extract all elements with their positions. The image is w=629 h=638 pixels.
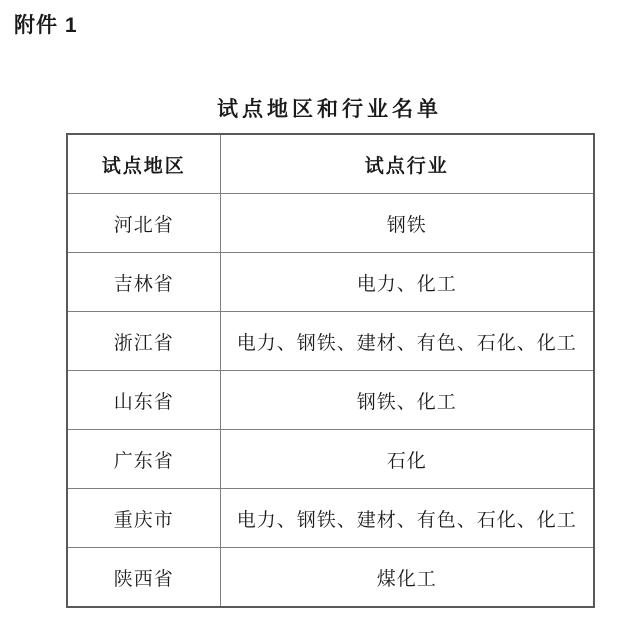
- header-region: 试点地区: [67, 134, 220, 194]
- region-cell: 山东省: [67, 371, 220, 430]
- region-cell: 吉林省: [67, 253, 220, 312]
- pilot-regions-table: 试点地区 试点行业 河北省 钢铁 吉林省 电力、化工 浙江省 电力、钢铁、建材、…: [66, 133, 595, 608]
- region-cell: 广东省: [67, 430, 220, 489]
- table-row: 重庆市 电力、钢铁、建材、有色、石化、化工: [67, 489, 594, 548]
- attachment-label: 附件 1: [14, 9, 78, 39]
- table-row: 吉林省 电力、化工: [67, 253, 594, 312]
- table-title: 试点地区和行业名单: [66, 93, 593, 123]
- industries-cell: 电力、钢铁、建材、有色、石化、化工: [220, 489, 594, 548]
- industries-cell: 石化: [220, 430, 594, 489]
- document-page: 附件 1 试点地区和行业名单 试点地区 试点行业 河北省 钢铁 吉林省 电力、化…: [0, 0, 629, 638]
- table-row: 河北省 钢铁: [67, 194, 594, 253]
- region-cell: 浙江省: [67, 312, 220, 371]
- industries-cell: 煤化工: [220, 548, 594, 608]
- region-cell: 重庆市: [67, 489, 220, 548]
- region-cell: 陕西省: [67, 548, 220, 608]
- header-industry: 试点行业: [220, 134, 594, 194]
- region-cell: 河北省: [67, 194, 220, 253]
- table-row: 广东省 石化: [67, 430, 594, 489]
- table-header-row: 试点地区 试点行业: [67, 134, 594, 194]
- industries-cell: 电力、化工: [220, 253, 594, 312]
- industries-cell: 电力、钢铁、建材、有色、石化、化工: [220, 312, 594, 371]
- table-row: 浙江省 电力、钢铁、建材、有色、石化、化工: [67, 312, 594, 371]
- industries-cell: 钢铁、化工: [220, 371, 594, 430]
- industries-cell: 钢铁: [220, 194, 594, 253]
- table-row: 陕西省 煤化工: [67, 548, 594, 608]
- table-row: 山东省 钢铁、化工: [67, 371, 594, 430]
